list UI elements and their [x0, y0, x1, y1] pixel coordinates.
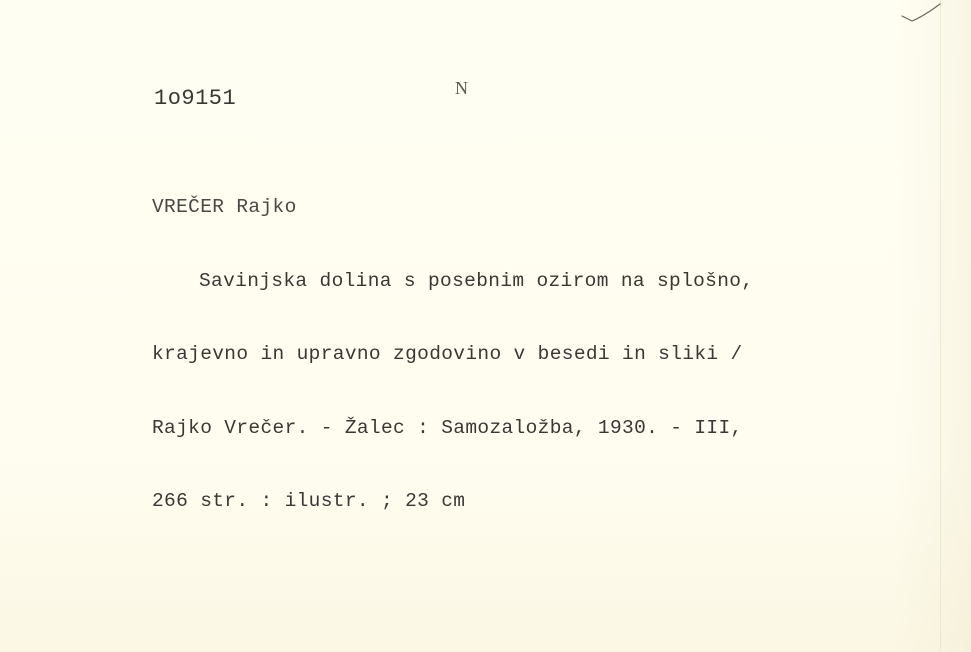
- description-line: Rajko Vrečer. - Žalec : Samozaložba, 193…: [152, 416, 753, 441]
- check-mark-icon: [898, 2, 942, 24]
- card-edge-fold: [940, 0, 941, 652]
- description-line: krajevno in upravno zgodovino v besedi i…: [152, 342, 753, 367]
- bibliographic-entry: VREČER Rajko Savinjska dolina s posebnim…: [152, 146, 753, 563]
- author-heading: VREČER Rajko: [152, 195, 753, 220]
- catalog-card: 1o9151 N VREČER Rajko Savinjska dolina s…: [0, 0, 971, 652]
- location-mark: N: [455, 78, 468, 99]
- description-line: 266 str. : ilustr. ; 23 cm: [152, 489, 753, 514]
- description-line: Savinjska dolina s posebnim ozirom na sp…: [152, 269, 753, 294]
- accession-number: 1o9151: [154, 86, 236, 111]
